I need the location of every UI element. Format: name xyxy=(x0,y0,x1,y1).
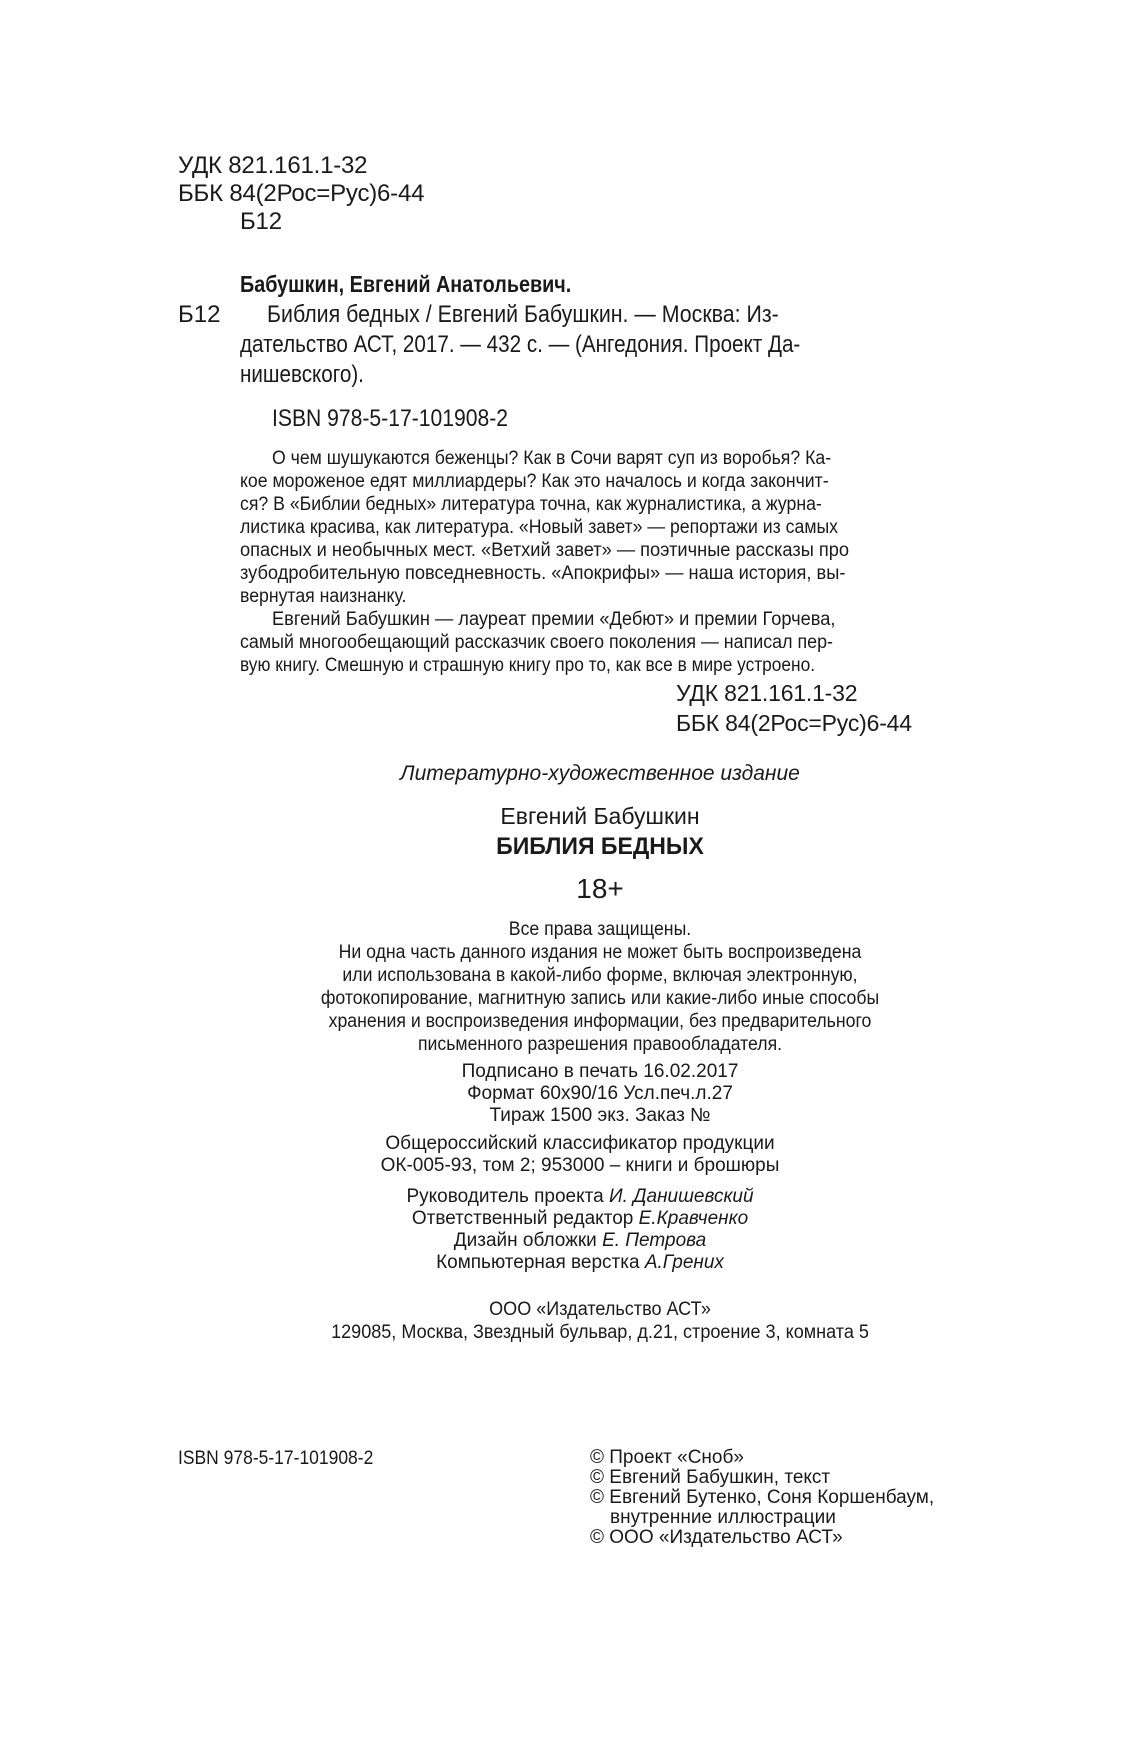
annotation-bbk: ББК 84(2Рос=Рус)6-44 xyxy=(676,710,912,737)
bib-line: дательство АСТ, 2017. — 432 с. — (Ангедо… xyxy=(240,331,800,359)
copyright-line: © Евгений Бутенко, Соня Коршенбаум, xyxy=(590,1488,934,1508)
edition-title: БИБЛИЯ БЕДНЫХ xyxy=(437,833,763,861)
staff-role: Компьютерная верстка xyxy=(436,1252,645,1273)
copyright-line: © Проект «Сноб» xyxy=(590,1448,934,1468)
signed-date: Подписано в печать 16.02.2017 xyxy=(380,1061,820,1083)
staff-row: Ответственный редактор Е.Кравченко xyxy=(330,1208,830,1230)
bib-isbn: ISBN 978-5-17-101908-2 xyxy=(272,405,508,433)
annotation-line: самый многообещающий рассказчик своего п… xyxy=(240,631,833,654)
copyright-line: © ООО «Издательство АСТ» xyxy=(590,1528,934,1548)
annotation-line: вернутая наизнанку. xyxy=(240,585,406,608)
annotation-line: ся? В «Библии бедных» литература точна, … xyxy=(240,493,822,516)
staff-name: И. Данишевский xyxy=(609,1186,754,1207)
annotation-line: О чем шушукаются беженцы? Как в Сочи вар… xyxy=(272,447,831,470)
publisher-info: ООО «Издательство АСТ» 129085, Москва, З… xyxy=(249,1298,952,1344)
staff-role: Дизайн обложки xyxy=(454,1230,602,1251)
author-heading: Бабушкин, Евгений Анатольевич. xyxy=(240,271,571,298)
annotation-line: вую книгу. Смешную и страшную книгу про … xyxy=(240,654,815,677)
bbk-code: ББК 84(2Рос=Рус)6-44 xyxy=(178,180,424,208)
bib-line: Библия бедных / Евгений Бабушкин. — Моск… xyxy=(267,301,779,329)
staff-role: Ответственный редактор xyxy=(412,1208,639,1229)
publisher-name: ООО «Издательство АСТ» xyxy=(249,1298,952,1321)
genre-label: Литературно-художественное издание xyxy=(360,762,840,786)
classifier-line: Общероссийский классификатор продукции xyxy=(330,1133,830,1155)
classifier-line: ОК-005-93, том 2; 953000 – книги и брошю… xyxy=(330,1155,830,1177)
rights-line: Все права защищены. xyxy=(256,918,944,941)
annotation-line: листика красива, как литература. «Новый … xyxy=(240,516,838,539)
staff-role: Руководитель проекта xyxy=(406,1186,609,1207)
author-mark: Б12 xyxy=(240,208,282,236)
rights-line: или использована в какой-либо форме, вкл… xyxy=(256,964,944,987)
print-info: Подписано в печать 16.02.2017 Формат 60x… xyxy=(380,1061,820,1127)
annotation-udk: УДК 821.161.1-32 xyxy=(676,680,857,707)
annotation-line: кое мороженое едят миллиардеры? Как это … xyxy=(240,470,829,493)
staff-row: Дизайн обложки Е. Петрова xyxy=(330,1230,830,1252)
publisher-address: 129085, Москва, Звездный бульвар, д.21, … xyxy=(249,1321,952,1344)
rights-line: фотокопирование, магнитную запись или ка… xyxy=(256,987,944,1010)
copyright-line: © Евгений Бабушкин, текст xyxy=(590,1468,934,1488)
rights-line: хранения и воспроизведения информации, б… xyxy=(256,1010,944,1033)
print-run: Тираж 1500 экз. Заказ № xyxy=(380,1105,820,1127)
rights-notice: Все права защищены. Ни одна часть данног… xyxy=(256,918,944,1056)
rights-line: Ни одна часть данного издания не может б… xyxy=(256,941,944,964)
copyright-line: внутренние иллюстрации xyxy=(590,1508,934,1528)
staff-row: Компьютерная верстка А.Грених xyxy=(330,1252,830,1274)
staff-name: Е. Петрова xyxy=(602,1230,706,1251)
staff-name: Е.Кравченко xyxy=(639,1208,749,1229)
annotation-line: Евгений Бабушкин — лауреат премии «Дебют… xyxy=(272,608,835,631)
staff-name: А.Грених xyxy=(645,1252,724,1273)
udk-code: УДК 821.161.1-32 xyxy=(178,152,367,180)
staff-row: Руководитель проекта И. Данишевский xyxy=(330,1186,830,1208)
edition-author: Евгений Бабушкин xyxy=(430,803,770,830)
bib-author-mark: Б12 xyxy=(178,301,220,329)
format-info: Формат 60x90/16 Усл.печ.л.27 xyxy=(380,1083,820,1105)
product-classifier: Общероссийский классификатор продукции О… xyxy=(330,1133,830,1177)
staff-credits: Руководитель проекта И. Данишевский Отве… xyxy=(330,1186,830,1274)
age-rating: 18+ xyxy=(500,873,700,905)
copyright-block: © Проект «Сноб» © Евгений Бабушкин, текс… xyxy=(590,1448,934,1548)
rights-line: письменного разрешения правообладателя. xyxy=(256,1033,944,1056)
annotation-line: зубодробительную повседневность. «Апокри… xyxy=(240,562,845,585)
annotation-line: опасных и необычных мест. «Ветхий завет»… xyxy=(240,539,849,562)
footer-isbn: ISBN 978-5-17-101908-2 xyxy=(178,1448,373,1470)
bib-line: нишевского). xyxy=(240,361,364,389)
